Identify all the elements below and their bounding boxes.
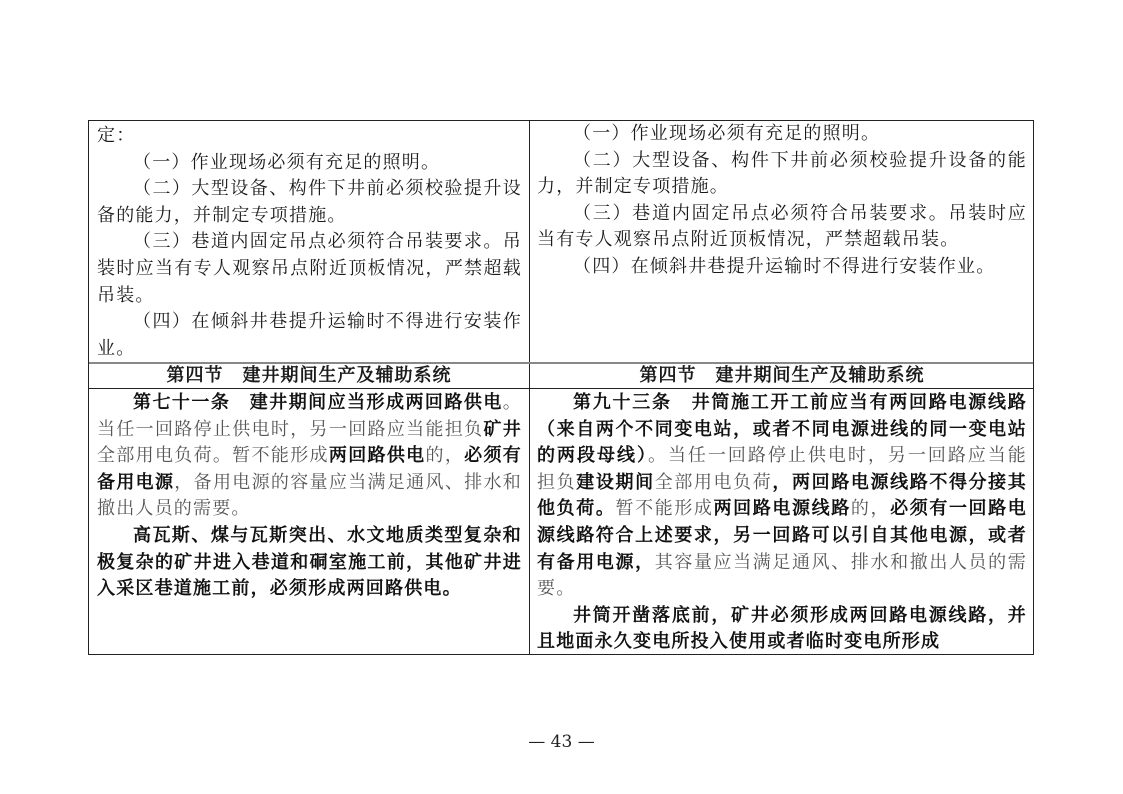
right-bottom-cell: 第九十三条 井筒施工开工前应当有两回路电源线路（来自两个不同变电站，或者不同电源… <box>537 390 1027 656</box>
bold-text: 第七十一条 建井期间应当形成两回路供电 <box>133 392 503 413</box>
comparison-table: 定： （一）作业现场必须有充足的照明。 （二）大型设备、构件下井前必须校验提升设… <box>88 120 1034 655</box>
paragraph: （三）巷道内固定吊点必须符合吊装要求。吊装时应当有专人观察吊点附近顶板情况，严禁… <box>97 229 522 309</box>
text: 全部用电负荷 <box>655 472 773 493</box>
row-divider <box>89 388 1033 389</box>
paragraph: （四）在倾斜井巷提升运输时不得进行安装作业。 <box>537 254 1027 281</box>
bold-text: 矿井 <box>483 419 522 440</box>
paragraph: 定： <box>97 123 522 150</box>
article-71: 第七十一条 建井期间应当形成两回路供电。当任一回路停止供电时，另一回路应当能担负… <box>97 390 522 523</box>
page-number: — 43 — <box>0 732 1123 752</box>
paragraph: （四）在倾斜井巷提升运输时不得进行安装作业。 <box>97 309 522 362</box>
text: 全部用电负荷。暂不能形成 <box>97 445 329 466</box>
paragraph: （二）大型设备、构件下井前必须校验提升设备的能力，并制定专项措施。 <box>537 148 1027 201</box>
article-93: 第九十三条 井筒施工开工前应当有两回路电源线路（来自两个不同变电站，或者不同电源… <box>537 390 1027 603</box>
section-header-right: 第四节 建井期间生产及辅助系统 <box>530 364 1034 388</box>
bold-text: 两回路电源线路 <box>714 498 851 519</box>
text: 的， <box>426 445 465 466</box>
text: 的， <box>851 498 890 519</box>
bold-text: 建设期间 <box>576 472 654 493</box>
bold-text: 两回路供电 <box>329 445 426 466</box>
paragraph: 高瓦斯、煤与瓦斯突出、水文地质类型复杂和极复杂的矿井进入巷道和硐室施工前，其他矿… <box>97 523 522 603</box>
paragraph: （二）大型设备、构件下井前必须校验提升设备的能力，并制定专项措施。 <box>97 176 522 229</box>
paragraph: （一）作业现场必须有充足的照明。 <box>537 121 1027 148</box>
paragraph: （一）作业现场必须有充足的照明。 <box>97 150 522 177</box>
paragraph: （三）巷道内固定吊点必须符合吊装要求。吊装时应当有专人观察吊点附近顶板情况，严禁… <box>537 201 1027 254</box>
paragraph: 井筒开凿落底前，矿井必须形成两回路电源线路，并且地面永久变电所投入使用或者临时变… <box>537 603 1027 656</box>
text: 暂不能形成 <box>615 498 713 519</box>
right-top-cell: （一）作业现场必须有充足的照明。 （二）大型设备、构件下井前必须校验提升设备的能… <box>537 121 1027 281</box>
section-header-left: 第四节 建井期间生产及辅助系统 <box>89 364 529 388</box>
left-bottom-cell: 第七十一条 建井期间应当形成两回路供电。当任一回路停止供电时，另一回路应当能担负… <box>97 390 522 603</box>
left-top-cell: 定： （一）作业现场必须有充足的照明。 （二）大型设备、构件下井前必须校验提升设… <box>97 123 522 362</box>
